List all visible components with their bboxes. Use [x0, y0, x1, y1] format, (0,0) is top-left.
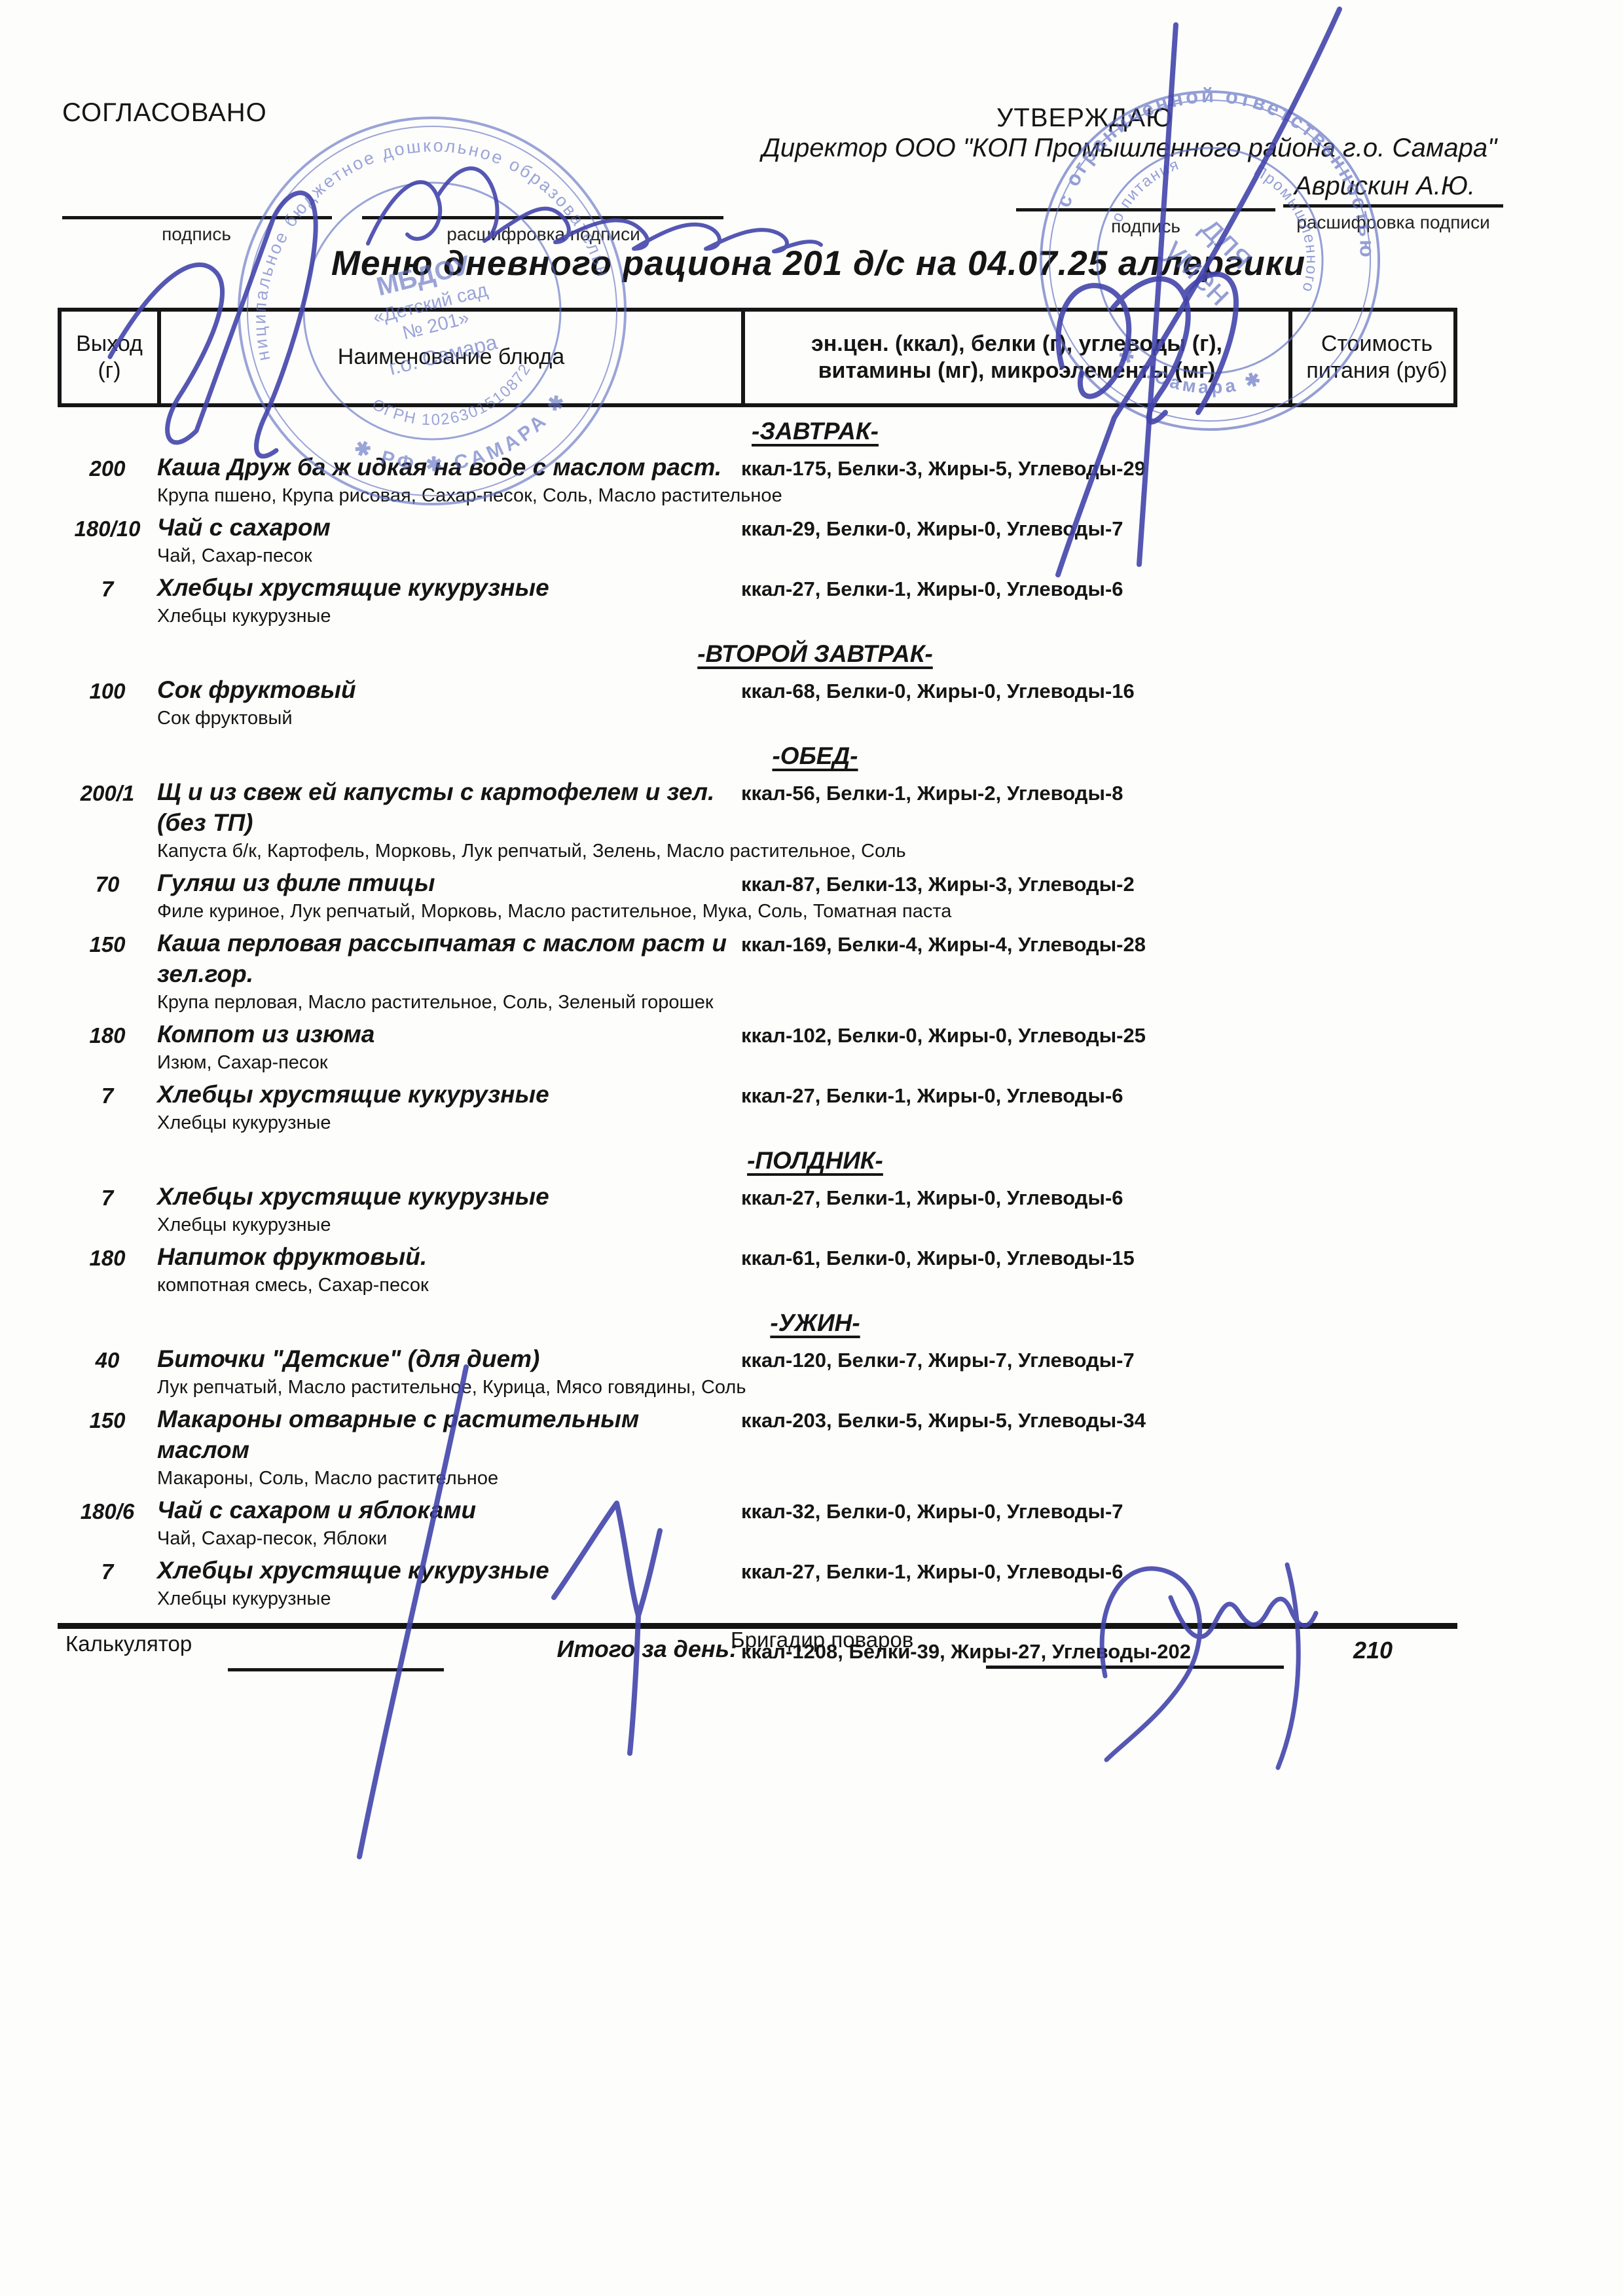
menu-table: Выход (г) Наименование блюда эн.цен. (кк… — [58, 308, 1457, 1664]
row-nutrition: ккал-120, Белки-7, Жиры-7, Углеводы-7 — [741, 1343, 1288, 1374]
row-ingredients: Хлебцы кукурузные — [157, 1212, 1457, 1239]
menu-row: 180/10 Чай с сахаром ккал-29, Белки-0, Ж… — [58, 512, 1457, 570]
row-nutrition: ккал-27, Белки-1, Жиры-0, Углеводы-6 — [741, 1079, 1288, 1110]
menu-row: 200/1 Щ и из свеж ей капусты с картофеле… — [58, 776, 1457, 865]
row-dish-name: Чай с сахаром — [157, 512, 741, 543]
row-output: 7 — [58, 572, 157, 603]
menu-table-header: Выход (г) Наименование блюда эн.цен. (кк… — [58, 308, 1457, 407]
menu-row: 200 Каша Друж ба ж идкая на воде с масло… — [58, 452, 1457, 509]
row-ingredients: Хлебцы кукурузные — [157, 1110, 1457, 1137]
row-ingredients: Крупа пшено, Крупа рисовая, Сахар-песок,… — [157, 483, 1457, 509]
approved-signature-caption: подпись — [1021, 216, 1270, 237]
row-output: 180 — [58, 1241, 157, 1272]
row-output: 200 — [58, 452, 157, 483]
row-nutrition: ккал-27, Белки-1, Жиры-0, Углеводы-6 — [741, 1181, 1288, 1212]
scanned-menu-document: СОГЛАСОВАНО УТВЕРЖДАЮ Директор ООО "КОП … — [0, 0, 1623, 2296]
row-output: 180/10 — [58, 512, 157, 543]
agreed-signature-line — [62, 216, 332, 219]
menu-row: 180/6 Чай с сахаром и яблоками ккал-32, … — [58, 1495, 1457, 1552]
row-output: 180 — [58, 1019, 157, 1049]
row-output: 7 — [58, 1079, 157, 1110]
row-dish-name: Гуляш из филе птицы — [157, 867, 741, 898]
row-output: 70 — [58, 867, 157, 898]
col-header-dish: Наименование блюда — [161, 312, 745, 403]
approved-decode-caption: расшифровка подписи — [1282, 212, 1504, 233]
row-nutrition: ккал-27, Белки-1, Жиры-0, Углеводы-6 — [741, 1555, 1288, 1586]
col-header-nutrition: эн.цен. (ккал), белки (г), углеводы (г),… — [745, 312, 1292, 403]
row-nutrition: ккал-27, Белки-1, Жиры-0, Углеводы-6 — [741, 572, 1288, 603]
chef-signature-line — [986, 1666, 1284, 1669]
daily-total-cost: 210 — [1288, 1635, 1457, 1664]
row-output: 150 — [58, 1404, 157, 1465]
row-dish-name: Напиток фруктовый. — [157, 1241, 741, 1272]
chef-label: Бригадир поваров — [731, 1628, 913, 1652]
page-title: Меню дневного рациона 201 д/с на 04.07.2… — [118, 244, 1519, 283]
row-ingredients: компотная смесь, Сахар-песок — [157, 1272, 1457, 1299]
section-header-dinner: -УЖИН- — [115, 1309, 1515, 1337]
menu-row: 7 Хлебцы хрустящие кукурузные ккал-27, Б… — [58, 572, 1457, 630]
row-ingredients: Филе куриное, Лук репчатый, Морковь, Мас… — [157, 898, 1457, 925]
row-dish-name: Хлебцы хрустящие кукурузные — [157, 1181, 741, 1212]
approved-signature-line — [1016, 208, 1275, 211]
col-header-cost: Стоимость питания (руб) — [1292, 312, 1461, 403]
row-dish-name: Хлебцы хрустящие кукурузные — [157, 1555, 741, 1586]
row-nutrition: ккал-169, Белки-4, Жиры-4, Углеводы-28 — [741, 928, 1288, 989]
row-ingredients: Чай, Сахар-песок — [157, 543, 1457, 570]
approver-title: Директор ООО "КОП Промышленного района г… — [740, 134, 1519, 163]
row-dish-name: Каша Друж ба ж идкая на воде с маслом ра… — [157, 452, 741, 483]
menu-row: 70 Гуляш из филе птицы ккал-87, Белки-13… — [58, 867, 1457, 925]
calculator-label: Калькулятор — [65, 1631, 192, 1656]
approved-label: УТВЕРЖДАЮ — [996, 103, 1173, 133]
row-nutrition: ккал-87, Белки-13, Жиры-3, Углеводы-2 — [741, 867, 1288, 898]
approver-name: Аврискин А.Ю. — [1247, 172, 1522, 201]
agreed-signature-caption: подпись — [65, 224, 327, 245]
row-dish-name: Сок фруктовый — [157, 674, 741, 705]
section-header-snack: -ПОЛДНИК- — [115, 1147, 1515, 1175]
menu-row: 150 Каша перловая рассыпчатая с маслом р… — [58, 928, 1457, 1016]
row-ingredients: Капуста б/к, Картофель, Морковь, Лук реп… — [157, 838, 1457, 865]
row-dish-name: Компот из изюма — [157, 1019, 741, 1049]
row-nutrition: ккал-32, Белки-0, Жиры-0, Углеводы-7 — [741, 1495, 1288, 1525]
row-output: 150 — [58, 928, 157, 989]
row-dish-name: Хлебцы хрустящие кукурузные — [157, 572, 741, 603]
row-nutrition: ккал-102, Белки-0, Жиры-0, Углеводы-25 — [741, 1019, 1288, 1049]
menu-row: 100 Сок фруктовый ккал-68, Белки-0, Жиры… — [58, 674, 1457, 732]
row-dish-name: Биточки "Детские" (для диет) — [157, 1343, 741, 1374]
row-nutrition: ккал-29, Белки-0, Жиры-0, Углеводы-7 — [741, 512, 1288, 543]
agreed-decode-line — [362, 216, 723, 219]
row-ingredients: Хлебцы кукурузные — [157, 603, 1457, 630]
row-output: 40 — [58, 1343, 157, 1374]
menu-row: 150 Макароны отварные с растительным мас… — [58, 1404, 1457, 1492]
col-header-output: Выход (г) — [62, 312, 161, 403]
calculator-signature-line — [228, 1668, 444, 1671]
menu-row: 7 Хлебцы хрустящие кукурузные ккал-27, Б… — [58, 1079, 1457, 1137]
daily-total-label: Итого за день: — [157, 1635, 741, 1664]
row-nutrition: ккал-61, Белки-0, Жиры-0, Углеводы-15 — [741, 1241, 1288, 1272]
section-header-breakfast: -ЗАВТРАК- — [115, 418, 1515, 445]
menu-row: 7 Хлебцы хрустящие кукурузные ккал-27, Б… — [58, 1555, 1457, 1613]
row-ingredients: Чай, Сахар-песок, Яблоки — [157, 1525, 1457, 1552]
row-dish-name: Хлебцы хрустящие кукурузные — [157, 1079, 741, 1110]
menu-row: 180 Напиток фруктовый. ккал-61, Белки-0,… — [58, 1241, 1457, 1299]
row-ingredients: Крупа перловая, Масло растительное, Соль… — [157, 989, 1457, 1016]
approved-decode-line — [1283, 204, 1503, 208]
agreed-decode-caption: расшифровка подписи — [393, 224, 694, 245]
row-output: 7 — [58, 1555, 157, 1586]
row-nutrition: ккал-56, Белки-1, Жиры-2, Углеводы-8 — [741, 776, 1288, 838]
menu-row: 7 Хлебцы хрустящие кукурузные ккал-27, Б… — [58, 1181, 1457, 1239]
row-dish-name: Щ и из свеж ей капусты с картофелем и зе… — [157, 776, 741, 838]
row-nutrition: ккал-68, Белки-0, Жиры-0, Углеводы-16 — [741, 674, 1288, 705]
row-ingredients: Хлебцы кукурузные — [157, 1586, 1457, 1613]
row-dish-name: Каша перловая рассыпчатая с маслом раст … — [157, 928, 741, 989]
menu-row: 180 Компот из изюма ккал-102, Белки-0, Ж… — [58, 1019, 1457, 1076]
row-ingredients: Изюм, Сахар-песок — [157, 1049, 1457, 1076]
section-header-lunch: -ОБЕД- — [115, 742, 1515, 770]
row-nutrition: ккал-175, Белки-3, Жиры-5, Углеводы-29 — [741, 452, 1288, 483]
row-output: 100 — [58, 674, 157, 705]
menu-row: 40 Биточки "Детские" (для диет) ккал-120… — [58, 1343, 1457, 1401]
row-ingredients: Сок фруктовый — [157, 705, 1457, 732]
row-ingredients: Лук репчатый, Масло растительное, Курица… — [157, 1374, 1457, 1401]
row-dish-name: Макароны отварные с растительным маслом — [157, 1404, 741, 1465]
agreed-label: СОГЛАСОВАНО — [62, 98, 267, 128]
row-dish-name: Чай с сахаром и яблоками — [157, 1495, 741, 1525]
row-nutrition: ккал-203, Белки-5, Жиры-5, Углеводы-34 — [741, 1404, 1288, 1465]
row-output: 180/6 — [58, 1495, 157, 1525]
row-ingredients: Макароны, Соль, Масло растительное — [157, 1465, 1457, 1492]
row-output: 200/1 — [58, 776, 157, 838]
row-output: 7 — [58, 1181, 157, 1212]
section-header-second-breakfast: -ВТОРОЙ ЗАВТРАК- — [115, 640, 1515, 668]
